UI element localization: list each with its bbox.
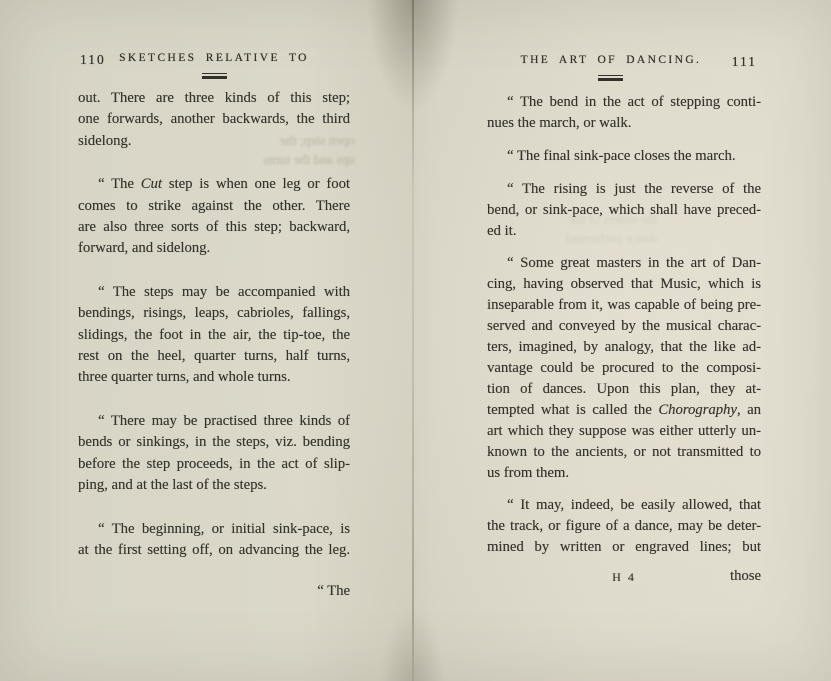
text-line: “ The final sink-pace closes the march. bbox=[487, 146, 761, 167]
paragraph: out. There are three kinds of this step;… bbox=[78, 88, 350, 152]
text-line: “ The rising is just the reverse of the bbox=[487, 179, 761, 200]
paragraph: “ The Cut step is when one leg or footco… bbox=[78, 174, 350, 260]
text-line: forward, and sidelong. bbox=[78, 238, 350, 259]
catchword: “ The bbox=[78, 583, 350, 600]
text-line: comes to strike against the other. There bbox=[78, 196, 350, 217]
paragraph: “ Some great masters in the art of Dan-c… bbox=[487, 253, 761, 483]
running-title: THE ART OF DANCING. bbox=[487, 54, 761, 66]
text-line: tempted what is called the Chorography, … bbox=[487, 400, 761, 421]
text-line: are also three sorts of this step; backw… bbox=[78, 217, 350, 238]
text-line: the track, or figure of a dance, may be … bbox=[487, 516, 761, 537]
text-line: “ The steps may be accompanied with bbox=[78, 282, 350, 303]
running-title: SKETCHES RELATIVE TO bbox=[78, 52, 350, 64]
text-line: ping, and at the last of the steps. bbox=[78, 475, 350, 496]
text-line: served and conveyed by the musical chara… bbox=[487, 316, 761, 337]
header-rule-ornament bbox=[598, 75, 623, 81]
paragraph: “ The bend in the act of stepping conti-… bbox=[487, 92, 761, 134]
text-line: art which they suppose was either utterl… bbox=[487, 421, 761, 442]
text-line: bendings, risings, leaps, cabrioles, fal… bbox=[78, 303, 350, 324]
text-line: “ The bend in the act of stepping conti- bbox=[487, 92, 761, 113]
text-line: slidings, the foot in the air, the tip-t… bbox=[78, 325, 350, 346]
text-line: out. There are three kinds of this step; bbox=[78, 88, 350, 109]
paragraph: “ It may, indeed, be easily allowed, tha… bbox=[487, 495, 761, 558]
text-line: sidelong. bbox=[78, 131, 350, 152]
text-line: “ There may be practised three kinds of bbox=[78, 411, 350, 432]
gutter-crease bbox=[412, 0, 414, 681]
right-page-text: “ The bend in the act of stepping conti-… bbox=[487, 92, 761, 591]
book-spread: open step; the ups and the turns the ord… bbox=[0, 0, 831, 681]
left-page-text: out. There are three kinds of this step;… bbox=[78, 88, 350, 600]
left-page-header: 110 SKETCHES RELATIVE TO bbox=[78, 52, 350, 68]
text-line: bend, or sink-pace, which shall have pre… bbox=[487, 200, 761, 221]
text-line: “ The Cut step is when one leg or foot bbox=[78, 174, 350, 195]
text-line: us from them. bbox=[487, 463, 761, 484]
text-line: at the first setting off, on advancing t… bbox=[78, 540, 350, 561]
paragraph: “ The rising is just the reverse of theb… bbox=[487, 179, 761, 242]
text-line: three quarter turns, and whole turns. bbox=[78, 367, 350, 388]
text-line: one forwards, another backwards, the thi… bbox=[78, 109, 350, 130]
text-line: “ The beginning, or initial sink-pace, i… bbox=[78, 519, 350, 540]
paragraph: “ The beginning, or initial sink-pace, i… bbox=[78, 519, 350, 562]
header-rule-ornament bbox=[202, 73, 227, 79]
page-number: 111 bbox=[732, 54, 757, 70]
text-line: before the step proceeds, in the act of … bbox=[78, 454, 350, 475]
text-line: “ It may, indeed, be easily allowed, tha… bbox=[487, 495, 761, 516]
catchword: those bbox=[730, 568, 761, 585]
text-line: ed it. bbox=[487, 221, 761, 242]
text-line: ters, imagined, by analogy, that the lik… bbox=[487, 337, 761, 358]
text-line: nues the march, or walk. bbox=[487, 113, 761, 134]
signature-mark: H 4 bbox=[487, 570, 761, 585]
paragraph: “ There may be practised three kinds ofb… bbox=[78, 411, 350, 497]
text-line: mined by written or engraved lines; but bbox=[487, 537, 761, 558]
left-page: 110 SKETCHES RELATIVE TO out. There are … bbox=[78, 52, 350, 652]
paragraph: “ The final sink-pace closes the march. bbox=[487, 146, 761, 167]
right-page: 111 THE ART OF DANCING. “ The bend in th… bbox=[487, 54, 761, 654]
text-line: rest on the heel, quarter turns, half tu… bbox=[78, 346, 350, 367]
text-line: vantage could be procured to the composi… bbox=[487, 358, 761, 379]
page-number: 110 bbox=[80, 52, 106, 68]
text-line: bends or sinkings, in the steps, viz. be… bbox=[78, 432, 350, 453]
text-line: inseparable from it, was capable of bein… bbox=[487, 295, 761, 316]
text-line: “ Some great masters in the art of Dan- bbox=[487, 253, 761, 274]
text-line: known to the ancients, or not transmitte… bbox=[487, 442, 761, 463]
text-line: cing, having observed that Music, which … bbox=[487, 274, 761, 295]
right-page-header: 111 THE ART OF DANCING. bbox=[487, 54, 761, 70]
text-line: tion of dances. Upon this plan, they at- bbox=[487, 379, 761, 400]
paragraph: “ The steps may be accompanied withbendi… bbox=[78, 282, 350, 389]
signature-line: H 4 those bbox=[487, 570, 761, 591]
